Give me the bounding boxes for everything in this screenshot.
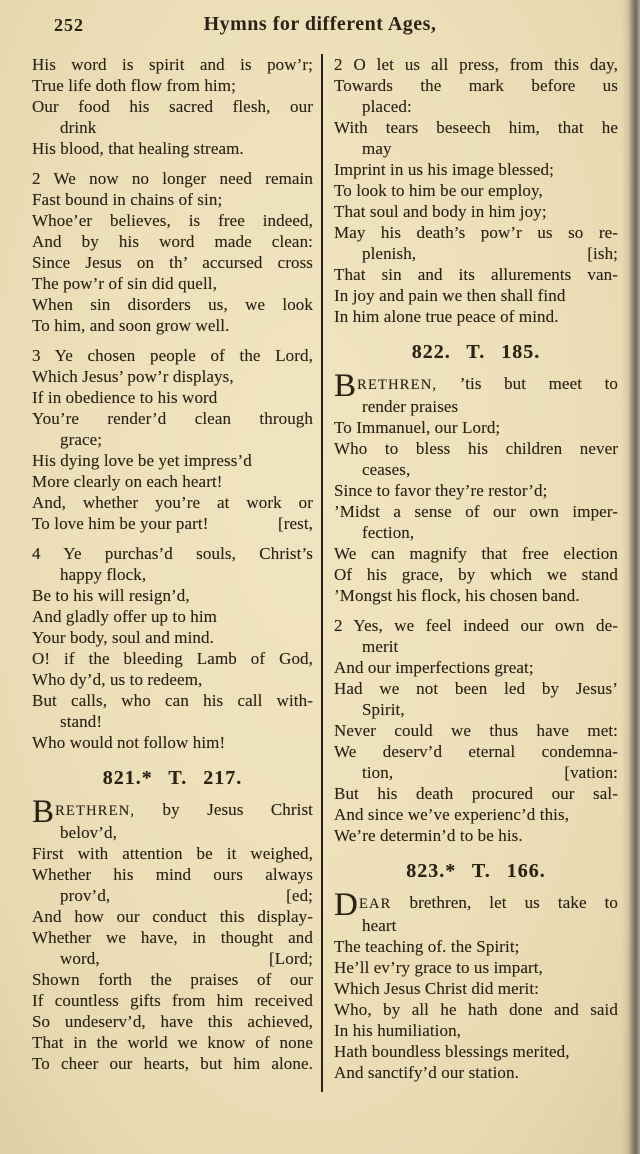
line-text: prov’d, [60, 885, 110, 906]
hymn-heading: 822. T. 185. [334, 340, 618, 364]
text-line: Since Jesus on th’ accursed cross [32, 252, 313, 273]
line-text: heart [362, 916, 396, 935]
text-line: Of his grace, by which we stand [334, 564, 618, 585]
line-text: And how our conduct this display- [32, 907, 313, 926]
text-line: placed: [334, 96, 618, 117]
line-text: plenish, [362, 243, 416, 264]
line-text: But calls, who can his call with- [32, 691, 313, 710]
text-line: ’Mongst his flock, his chosen band. [334, 585, 618, 606]
text-line: Imprint in us his image blessed; [334, 159, 618, 180]
text-line: Whether we have, in thought and [32, 927, 313, 948]
text-line: Fast bound in chains of sin; [32, 189, 313, 210]
catchword: [ish; [587, 243, 618, 264]
text-line: To Immanuel, our Lord; [334, 417, 618, 438]
column-left: His word is spirit and is pow’r;True lif… [32, 54, 321, 1092]
stanza: BRETHREN, by Jesus Christbelov’d,First w… [32, 799, 313, 1074]
line-text: drink [60, 118, 96, 137]
text-line: He’ll ev’ry grace to us impart, [334, 957, 618, 978]
line-text: Who dy’d, us to redeem, [32, 670, 202, 689]
text-line: 2 We now no longer need remain [32, 168, 313, 189]
line-text: 2 Yes, we feel indeed our own de- [334, 616, 618, 635]
text-line: 4 Ye purchas’d souls, Christ’s [32, 543, 313, 564]
line-text: And sanctify’d our station. [334, 1063, 519, 1082]
catchword: [ed; [286, 885, 313, 906]
line-text: In joy and pain we then shall find [334, 286, 565, 305]
stanza: 3 Ye chosen people of the Lord,Which Jes… [32, 345, 313, 534]
line-text: That soul and body in him joy; [334, 202, 547, 221]
text-line: Since to favor they’re restor’d; [334, 480, 618, 501]
text-line: More clearly on each heart! [32, 471, 313, 492]
text-line: ceases, [334, 459, 618, 480]
text-line: In joy and pain we then shall find [334, 285, 618, 306]
text-line: His dying love be yet impress’d [32, 450, 313, 471]
text-line: To love him be your part![rest, [32, 513, 313, 534]
drop-cap-letter: B [334, 368, 356, 404]
book-page: 252 Hymns for different Ages, His word i… [0, 0, 640, 1154]
line-text: And since we’ve experienc’d this, [334, 805, 569, 824]
text-line: That soul and body in him joy; [334, 201, 618, 222]
text-line: ’Midst a sense of our own imper- [334, 501, 618, 522]
text-line: BRETHREN, by Jesus Christ [32, 799, 313, 822]
stanza: DEAR brethren, let us take toheartThe te… [334, 892, 618, 1083]
page-header: 252 Hymns for different Ages, [0, 0, 640, 50]
line-text: Hath boundless blessings merited, [334, 1042, 570, 1061]
stanza: 4 Ye purchas’d souls, Christ’shappy floc… [32, 543, 313, 753]
text-columns: His word is spirit and is pow’r;True lif… [0, 50, 640, 1092]
line-text: His dying love be yet impress’d [32, 451, 252, 470]
text-line: That sin and its allurements van- [334, 264, 618, 285]
text-line: That in the world we know of none [32, 1032, 313, 1053]
text-line: May his death’s pow’r us so re- [334, 222, 618, 243]
line-text: The pow’r of sin did quell, [32, 274, 217, 293]
text-line: You’re render’d clean through [32, 408, 313, 429]
text-line: heart [334, 915, 618, 936]
line-text: In his humiliation, [334, 1021, 461, 1040]
line-text: And gladly offer up to him [32, 607, 217, 626]
text-line: word,[Lord; [32, 948, 313, 969]
stanza: His word is spirit and is pow’r;True lif… [32, 54, 313, 159]
text-line: merit [334, 636, 618, 657]
text-line: And, whether you’re at work or [32, 492, 313, 513]
line-text: More clearly on each heart! [32, 472, 223, 491]
line-text: Whether his mind ours always [32, 865, 313, 884]
line-text: Whoe’er believes, is free indeed, [32, 211, 313, 230]
line-text: merit [362, 637, 398, 656]
line-text: ’Midst a sense of our own imper- [334, 502, 618, 521]
text-line: Be to his will resign’d, [32, 585, 313, 606]
line-text: True life doth flow from him; [32, 76, 236, 95]
text-line: Who to bless his children never [334, 438, 618, 459]
text-line: And sanctify’d our station. [334, 1062, 618, 1083]
line-text: With tears beseech him, that he [334, 118, 618, 137]
text-line: And our imperfections great; [334, 657, 618, 678]
text-line: But his death procured our sal- [334, 783, 618, 804]
text-line: With tears beseech him, that he [334, 117, 618, 138]
line-text: Our food his sacred flesh, our [32, 97, 313, 116]
small-caps-word: RETHREN, [55, 803, 135, 819]
text-line: Whoe’er believes, is free indeed, [32, 210, 313, 231]
line-text: We can magnify that free election [334, 544, 618, 563]
line-text: You’re render’d clean through [32, 409, 313, 428]
line-text: O! if the bleeding Lamb of God, [32, 649, 313, 668]
text-line: When sin disorders us, we look [32, 294, 313, 315]
line-text: In him alone true peace of mind. [334, 307, 559, 326]
text-line: O! if the bleeding Lamb of God, [32, 648, 313, 669]
line-text: ’Mongst his flock, his chosen band. [334, 586, 580, 605]
text-line: stand! [32, 711, 313, 732]
line-text: Imprint in us his image blessed; [334, 160, 554, 179]
text-line: To look to him be our employ, [334, 180, 618, 201]
text-line: plenish,[ish; [334, 243, 618, 264]
line-text: And our imperfections great; [334, 658, 534, 677]
text-line: Which Jesus’ pow’r displays, [32, 366, 313, 387]
drop-cap-letter: D [334, 887, 358, 923]
line-text: Since to favor they’re restor’d; [334, 481, 547, 500]
text-line: belov’d, [32, 822, 313, 843]
text-line: And by his word made clean: [32, 231, 313, 252]
line-text: And by his word made clean: [32, 232, 313, 251]
line-text: render praises [362, 397, 458, 416]
text-line: DEAR brethren, let us take to [334, 892, 618, 915]
line-text: We’re determin’d to be his. [334, 826, 523, 845]
line-text: That sin and its allurements van- [334, 265, 618, 284]
line-text: The teaching of. the Spirit; [334, 937, 520, 956]
text-line: Hath boundless blessings merited, [334, 1041, 618, 1062]
line-text: That in the world we know of none [32, 1033, 313, 1052]
line-text: word, [60, 948, 100, 969]
text-line: may [334, 138, 618, 159]
line-text: Fast bound in chains of sin; [32, 190, 222, 209]
line-text: So undeserv’d, have this achieved, [32, 1012, 313, 1031]
text-line: fection, [334, 522, 618, 543]
line-text: If in obedience to his word [32, 388, 217, 407]
text-line: 3 Ye chosen people of the Lord, [32, 345, 313, 366]
line-text: His word is spirit and is pow’r; [32, 55, 313, 74]
line-text: ceases, [362, 460, 410, 479]
stanza: 2 We now no longer need remainFast bound… [32, 168, 313, 336]
line-text: When sin disorders us, we look [32, 295, 313, 314]
line-text: 2 We now no longer need remain [32, 169, 313, 188]
line-text: We deserv’d eternal condemna- [334, 742, 618, 761]
text-line: To him, and soon grow well. [32, 315, 313, 336]
line-text: by Jesus Christ [135, 800, 313, 819]
text-line: Who, by all he hath done and said [334, 999, 618, 1020]
column-right: 2 O let us all press, from this day,Towa… [323, 54, 618, 1092]
text-line: His word is spirit and is pow’r; [32, 54, 313, 75]
line-text: grace; [60, 430, 102, 449]
line-text: Who would not follow him! [32, 733, 225, 752]
text-line: Never could we thus have met: [334, 720, 618, 741]
line-text: happy flock, [60, 565, 146, 584]
text-line: tion,[vation: [334, 762, 618, 783]
text-line: render praises [334, 396, 618, 417]
small-caps-word: RETHREN, [357, 377, 437, 393]
text-line: Your body, soul and mind. [32, 627, 313, 648]
text-line: We’re determin’d to be his. [334, 825, 618, 846]
line-text: Who, by all he hath done and said [334, 1000, 618, 1019]
line-text: placed: [362, 97, 412, 116]
line-text: May his death’s pow’r us so re- [334, 223, 618, 242]
text-line: If countless gifts from him received [32, 990, 313, 1011]
text-line: And how our conduct this display- [32, 906, 313, 927]
text-line: We deserv’d eternal condemna- [334, 741, 618, 762]
page-number: 252 [54, 15, 84, 36]
line-text: Which Jesus’ pow’r displays, [32, 367, 234, 386]
line-text: Who to bless his children never [334, 439, 618, 458]
line-text: And, whether you’re at work or [32, 493, 313, 512]
text-line: But calls, who can his call with- [32, 690, 313, 711]
text-line: If in obedience to his word [32, 387, 313, 408]
line-text: His blood, that healing stream. [32, 139, 244, 158]
running-title: Hymns for different Ages, [204, 13, 437, 36]
text-line: To cheer our hearts, but him alone. [32, 1053, 313, 1074]
text-line: grace; [32, 429, 313, 450]
text-line: drink [32, 117, 313, 138]
text-line: The pow’r of sin did quell, [32, 273, 313, 294]
line-text: 2 O let us all press, from this day, [334, 55, 618, 74]
line-text: belov’d, [60, 823, 117, 842]
text-line: So undeserv’d, have this achieved, [32, 1011, 313, 1032]
text-line: 2 O let us all press, from this day, [334, 54, 618, 75]
line-text: tion, [362, 762, 393, 783]
line-text: Never could we thus have met: [334, 721, 618, 740]
drop-cap-letter: B [32, 794, 54, 830]
text-line: Who dy’d, us to redeem, [32, 669, 313, 690]
line-text: fection, [362, 523, 414, 542]
line-text: Of his grace, by which we stand [334, 565, 618, 584]
line-text: Had we not been led by Jesus’ [334, 679, 618, 698]
text-line: In his humiliation, [334, 1020, 618, 1041]
line-text: Shown forth the praises of our [32, 970, 313, 989]
text-line: The teaching of. the Spirit; [334, 936, 618, 957]
text-line: Who would not follow him! [32, 732, 313, 753]
hymn-heading: 823.* T. 166. [334, 859, 618, 883]
line-text: But his death procured our sal- [334, 784, 618, 803]
line-text: To cheer our hearts, but him alone. [32, 1054, 313, 1073]
stanza: 2 Yes, we feel indeed our own de-meritAn… [334, 615, 618, 846]
text-line: 2 Yes, we feel indeed our own de- [334, 615, 618, 636]
small-caps-word: EAR [359, 896, 392, 912]
text-line: Whether his mind ours always [32, 864, 313, 885]
text-line: In him alone true peace of mind. [334, 306, 618, 327]
line-text: stand! [60, 712, 102, 731]
text-line: His blood, that healing stream. [32, 138, 313, 159]
text-line: And gladly offer up to him [32, 606, 313, 627]
line-text: Towards the mark before us [334, 76, 618, 95]
line-text: Your body, soul and mind. [32, 628, 214, 647]
line-text: First with attention be it weighed, [32, 844, 313, 863]
text-line: Towards the mark before us [334, 75, 618, 96]
line-text: Be to his will resign’d, [32, 586, 190, 605]
line-text: may [362, 139, 392, 158]
line-text: To him, and soon grow well. [32, 316, 229, 335]
line-text: Whether we have, in thought and [32, 928, 313, 947]
text-line: Shown forth the praises of our [32, 969, 313, 990]
text-line: True life doth flow from him; [32, 75, 313, 96]
line-text: Since Jesus on th’ accursed cross [32, 253, 313, 272]
text-line: Spirit, [334, 699, 618, 720]
stanza: BRETHREN, ’tis but meet torender praises… [334, 373, 618, 606]
line-text: 4 Ye purchas’d souls, Christ’s [32, 544, 313, 563]
text-line: Had we not been led by Jesus’ [334, 678, 618, 699]
line-text: ’tis but meet to [437, 374, 618, 393]
text-line: Our food his sacred flesh, our [32, 96, 313, 117]
text-line: We can magnify that free election [334, 543, 618, 564]
line-text: To love him be your part! [32, 513, 208, 534]
line-text: brethren, let us take to [392, 893, 618, 912]
text-line: BRETHREN, ’tis but meet to [334, 373, 618, 396]
line-text: To Immanuel, our Lord; [334, 418, 500, 437]
line-text: Spirit, [362, 700, 405, 719]
catchword: [rest, [278, 513, 313, 534]
line-text: If countless gifts from him received [32, 991, 313, 1010]
text-line: And since we’ve experienc’d this, [334, 804, 618, 825]
text-line: Which Jesus Christ did merit: [334, 978, 618, 999]
catchword: [vation: [564, 762, 618, 783]
text-line: prov’d,[ed; [32, 885, 313, 906]
hymn-heading: 821.* T. 217. [32, 766, 313, 790]
line-text: Which Jesus Christ did merit: [334, 979, 539, 998]
text-line: happy flock, [32, 564, 313, 585]
line-text: To look to him be our employ, [334, 181, 543, 200]
text-line: First with attention be it weighed, [32, 843, 313, 864]
line-text: He’ll ev’ry grace to us impart, [334, 958, 543, 977]
line-text: 3 Ye chosen people of the Lord, [32, 346, 313, 365]
catchword: [Lord; [269, 948, 313, 969]
stanza: 2 O let us all press, from this day,Towa… [334, 54, 618, 327]
